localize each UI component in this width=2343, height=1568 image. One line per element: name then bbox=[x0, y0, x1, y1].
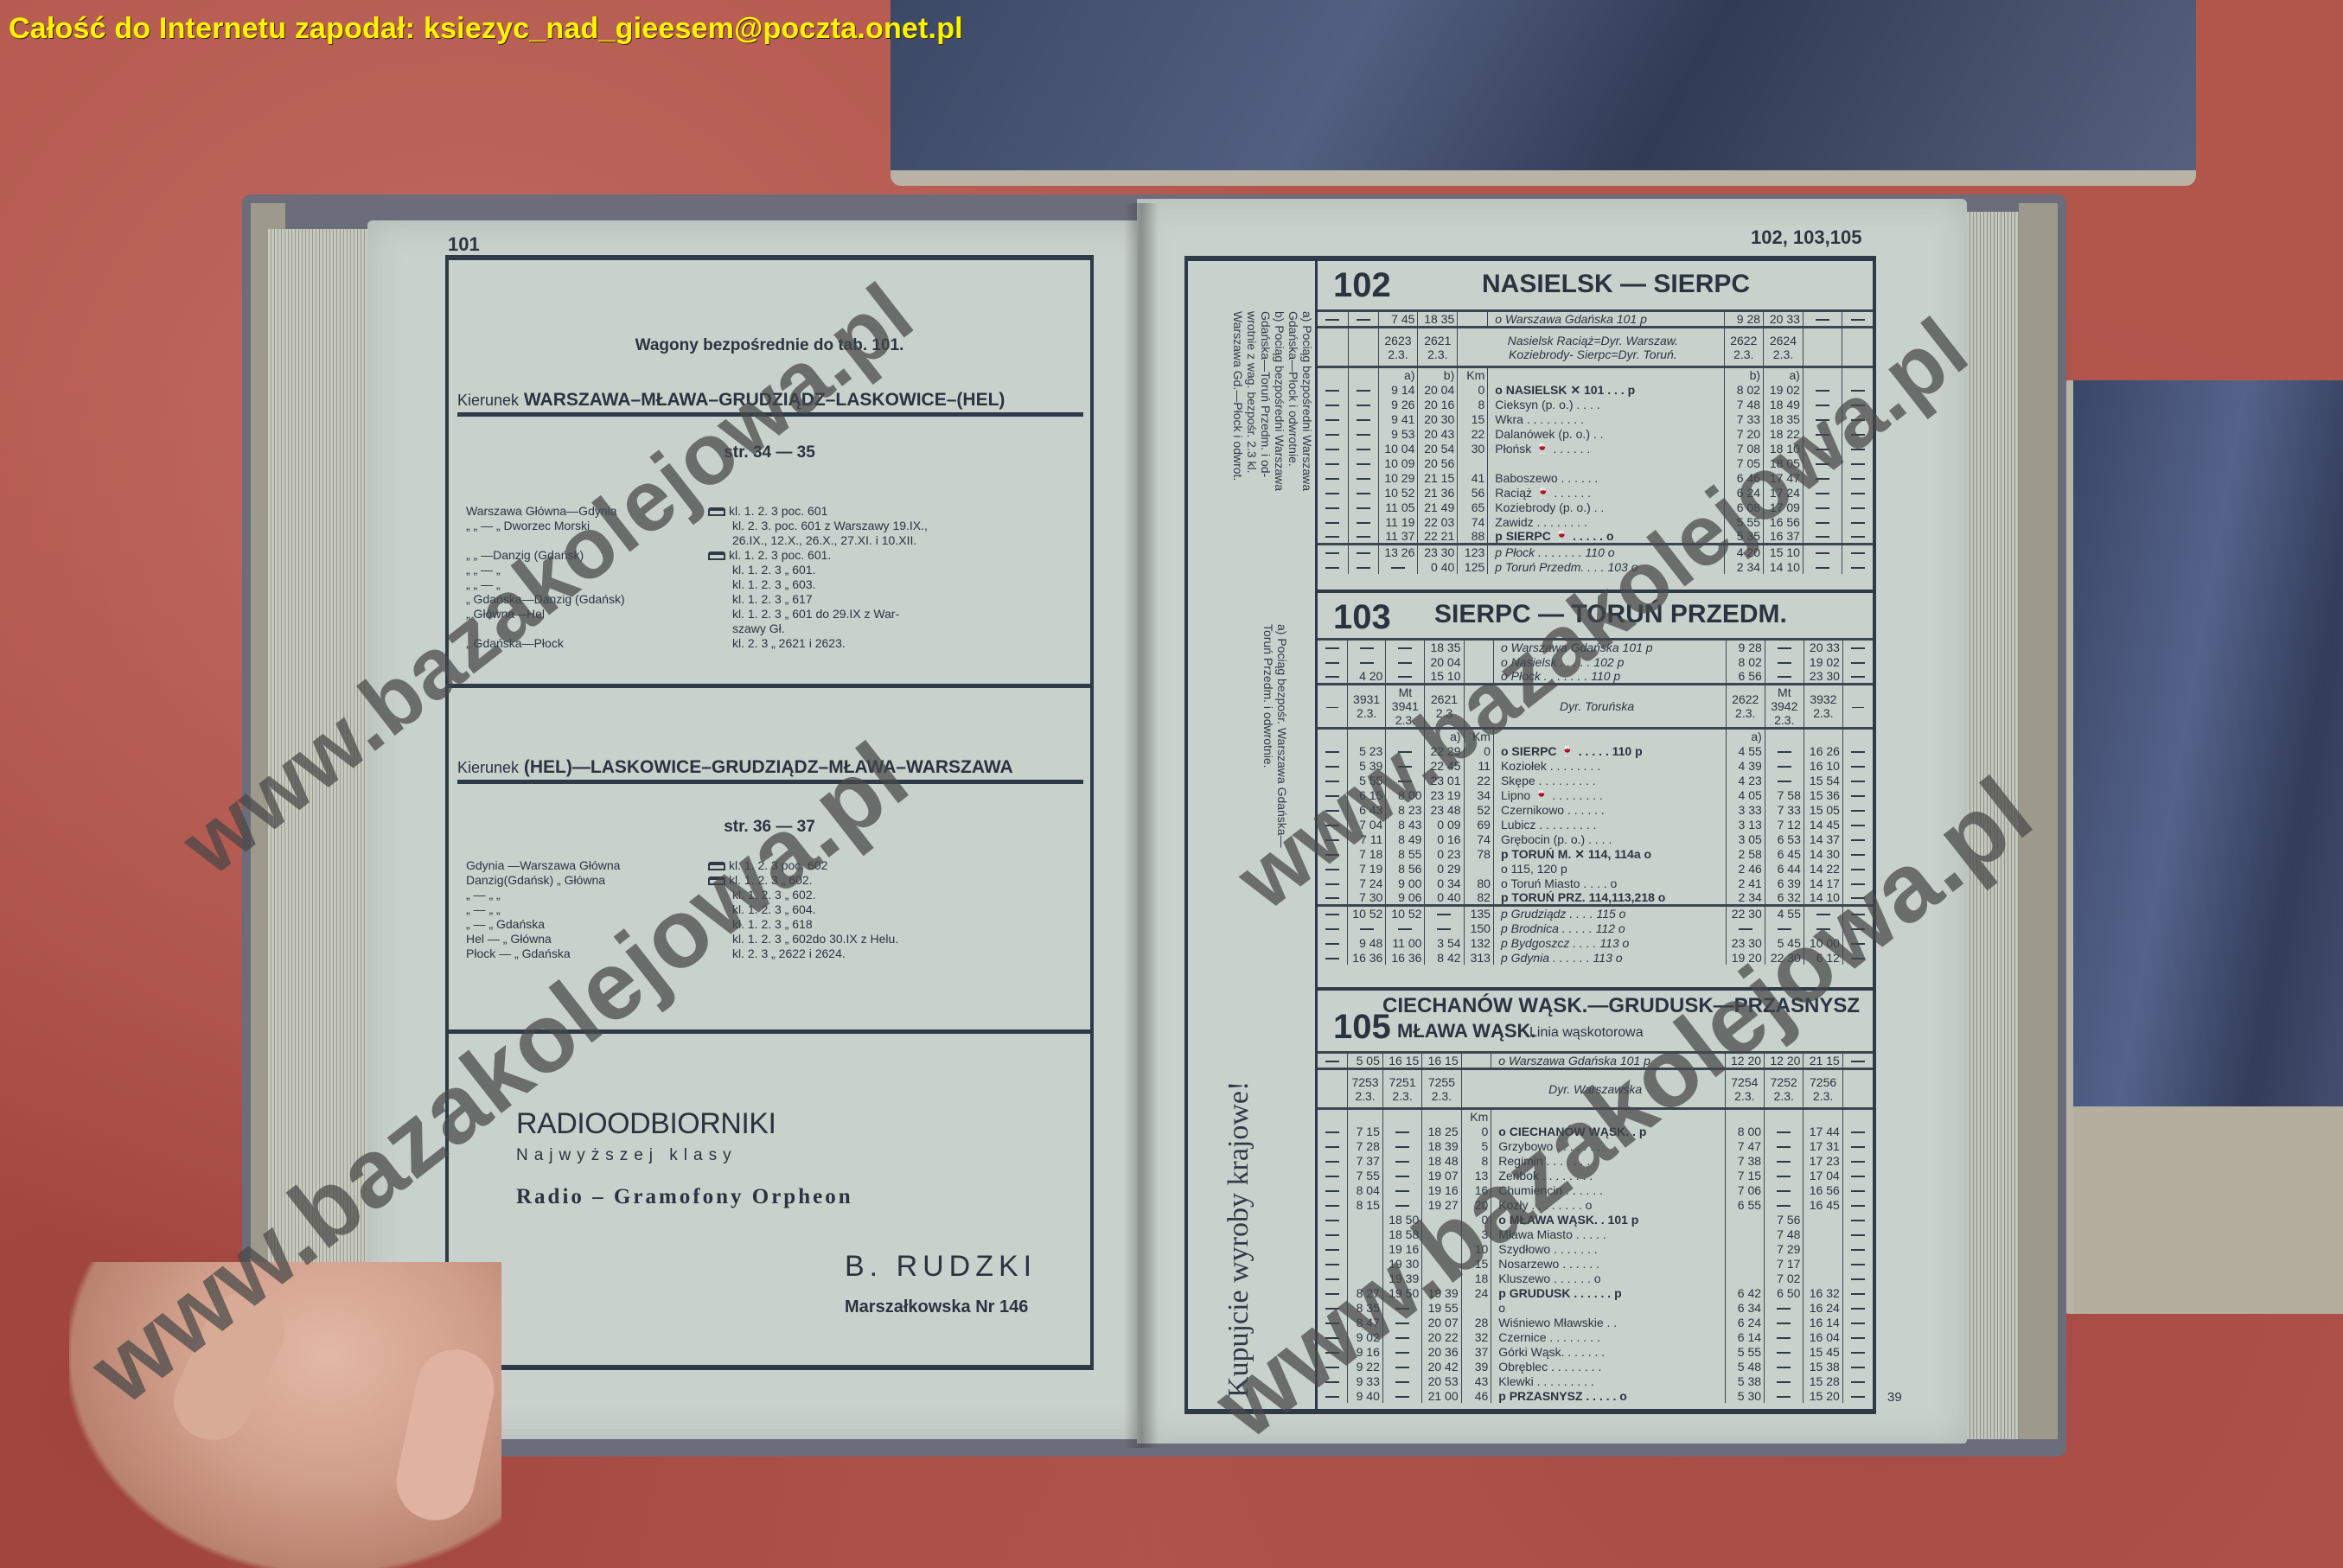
dash bbox=[1325, 1146, 1339, 1148]
time-cell bbox=[1842, 456, 1873, 470]
dash bbox=[1778, 647, 1791, 649]
time-cell bbox=[1842, 311, 1873, 328]
time-cell: 10 04 bbox=[1378, 441, 1418, 456]
time-cell bbox=[1842, 802, 1873, 817]
dash bbox=[1395, 1323, 1409, 1324]
station-cell: Zeńbok . . . . . . . . bbox=[1491, 1168, 1725, 1182]
time-cell: 20 42 bbox=[1422, 1359, 1461, 1374]
dash bbox=[1325, 1367, 1339, 1368]
station-cell: Lubicz . . . . . . . . . bbox=[1493, 817, 1726, 832]
dash bbox=[1325, 1249, 1339, 1251]
page-edges-right bbox=[1967, 212, 2019, 1439]
dash bbox=[1325, 1131, 1339, 1133]
time-cell: 5 23 bbox=[1347, 743, 1385, 758]
dash bbox=[1325, 463, 1339, 465]
km-cell: 20 bbox=[1461, 1197, 1491, 1212]
dash bbox=[1395, 1367, 1409, 1368]
dash bbox=[1357, 390, 1370, 392]
station-cell: Wiśniewo Mławskie . . bbox=[1491, 1315, 1725, 1329]
dash bbox=[1325, 522, 1339, 524]
dash bbox=[1851, 1396, 1865, 1398]
time-cell: 10 09 bbox=[1378, 456, 1418, 470]
coach-route: „ Gdańska—Danzig (Gdańsk) bbox=[466, 592, 625, 607]
table-row: 8 3519 55o6 3416 24 bbox=[1318, 1300, 1873, 1315]
table-row: 18 583Mława Miasto . . . . .7 48 bbox=[1318, 1227, 1873, 1241]
time-cell: b) bbox=[1418, 367, 1458, 383]
schedule-102: 7 4518 35o Warszawa Gdańska 101 p9 2820 … bbox=[1318, 309, 1873, 574]
time-cell bbox=[1842, 758, 1873, 773]
table-row: 9 1420 040o NASIELSK ✕ 101 . . . p8 0219… bbox=[1318, 382, 1873, 397]
table-row: 10 0920 567 0518 05 bbox=[1318, 456, 1873, 470]
km-cell bbox=[1458, 311, 1488, 328]
time-cell bbox=[1318, 817, 1347, 832]
dash bbox=[1325, 883, 1339, 885]
time-cell: 20 33 bbox=[1804, 640, 1842, 655]
time-cell: 16 36 bbox=[1386, 950, 1425, 965]
time-cell: 21 00 bbox=[1422, 1388, 1461, 1403]
dash bbox=[1816, 567, 1829, 569]
dash bbox=[1777, 1367, 1791, 1368]
time-cell bbox=[1803, 545, 1842, 560]
time-cell bbox=[1803, 382, 1842, 397]
dash bbox=[1325, 1234, 1339, 1236]
station-cell: p TORUŃ PRZ. 114,113,218 o bbox=[1493, 890, 1726, 906]
time-cell bbox=[1842, 426, 1873, 441]
km-cell: 123 bbox=[1458, 545, 1488, 560]
time-cell bbox=[1842, 1153, 1873, 1168]
time-cell bbox=[1803, 529, 1842, 545]
dash bbox=[1325, 390, 1339, 392]
time-cell bbox=[1318, 758, 1347, 773]
dash bbox=[1851, 1131, 1865, 1133]
table-row: Km bbox=[1318, 1109, 1873, 1125]
table-row: 7 198 560 29o 115, 120 p2 466 4414 22 bbox=[1318, 861, 1873, 876]
notes-row: a)Kma) bbox=[1318, 729, 1873, 744]
coach-route: Warszawa Główna—Gdynia bbox=[466, 504, 617, 519]
time-cell: 11 19 bbox=[1378, 514, 1418, 529]
time-cell: 16 04 bbox=[1804, 1329, 1842, 1344]
connection-row: 18 35o Warszawa Gdańska 101 p9 2820 33 bbox=[1318, 640, 1873, 655]
dash bbox=[1325, 854, 1339, 856]
station-cell: Chumiencin . . . . . . bbox=[1491, 1182, 1725, 1197]
time-cell: 21 49 bbox=[1418, 500, 1458, 514]
time-cell bbox=[1842, 1227, 1873, 1241]
km-cell: 30 bbox=[1458, 441, 1488, 456]
table-row: 9 0220 2232Czernice . . . . . . . .6 141… bbox=[1318, 1329, 1873, 1344]
coach-route: Hel — „ Główna bbox=[466, 932, 552, 947]
time-cell: 9 26 bbox=[1378, 397, 1418, 411]
time-cell: 7 04 bbox=[1347, 817, 1385, 832]
time-cell: 8 00 bbox=[1725, 1124, 1764, 1138]
time-cell: 6 42 bbox=[1725, 1285, 1764, 1300]
time-cell bbox=[1348, 1256, 1383, 1271]
time-cell bbox=[1804, 921, 1842, 935]
time-cell: 10 52 bbox=[1347, 906, 1385, 921]
time-cell: 2 58 bbox=[1726, 846, 1765, 861]
time-cell bbox=[1318, 1241, 1348, 1256]
connection-row: 9 4811 003 54132p Bydgoszcz . . . . 113 … bbox=[1318, 935, 1873, 950]
time-cell: 18 05 bbox=[1764, 456, 1804, 470]
time-cell bbox=[1318, 1300, 1348, 1315]
dash bbox=[1357, 434, 1370, 436]
connection-row: 0 40125p Toruń Przedm. . . . 103 o2 3414… bbox=[1318, 559, 1873, 574]
dash bbox=[1325, 1190, 1339, 1192]
train-number bbox=[1318, 1069, 1348, 1109]
time-cell: 22 29 bbox=[1425, 743, 1464, 758]
station-cell: p Płock . . . . . . . 110 o bbox=[1488, 545, 1724, 560]
time-cell: 16 15 bbox=[1382, 1053, 1421, 1069]
dash bbox=[1325, 1337, 1339, 1339]
station-cell: Płońsk 🍷 . . . . . . bbox=[1488, 441, 1724, 456]
coach-row: „ „ — „kl. 1. 2. 3 „ 603. bbox=[466, 577, 1082, 592]
time-cell bbox=[1803, 470, 1842, 485]
time-cell bbox=[1803, 311, 1842, 328]
time-cell bbox=[1842, 773, 1873, 787]
time-cell: 23 30 bbox=[1418, 545, 1458, 560]
schedule-105: 5 0516 1516 15o Warszawa Gdańska 101 p12… bbox=[1318, 1051, 1873, 1403]
time-cell: 16 45 bbox=[1804, 1197, 1842, 1212]
time-cell bbox=[1386, 758, 1425, 773]
dash bbox=[1851, 676, 1865, 678]
time-cell: 17 24 bbox=[1764, 485, 1804, 500]
time-cell bbox=[1842, 411, 1873, 426]
time-cell: 5 30 bbox=[1725, 1388, 1764, 1403]
train-number bbox=[1803, 328, 1842, 367]
dash bbox=[1325, 662, 1339, 664]
station-cell: Skępe . . . . . . . . . bbox=[1493, 773, 1726, 787]
km-cell bbox=[1458, 456, 1488, 470]
time-cell: 19 39 bbox=[1422, 1285, 1461, 1300]
train-number: — bbox=[1842, 685, 1873, 729]
dash bbox=[1325, 751, 1339, 753]
km-cell bbox=[1464, 640, 1493, 655]
train-number bbox=[1318, 328, 1348, 367]
time-cell bbox=[1318, 311, 1348, 328]
time-cell: 17 47 bbox=[1764, 470, 1804, 485]
time-cell: 9 14 bbox=[1378, 382, 1418, 397]
time-cell: 21 36 bbox=[1418, 485, 1458, 500]
time-cell: 7 55 bbox=[1348, 1168, 1383, 1182]
table-row: 6 438 2323 4852Czernikowo . . . . . .3 3… bbox=[1318, 802, 1873, 817]
dash bbox=[1816, 390, 1829, 392]
dash bbox=[1325, 839, 1339, 841]
km-cell: Km bbox=[1458, 367, 1488, 383]
station-cell: p TORUŃ M. ✕ 114, 114a o bbox=[1493, 846, 1726, 861]
time-cell: 20 43 bbox=[1418, 426, 1458, 441]
time-cell: 5 05 bbox=[1348, 1053, 1383, 1069]
coach-class: kl. 1. 2. 3 „ 603. bbox=[708, 577, 816, 592]
dash bbox=[1816, 463, 1829, 465]
table-title: SIERPC — TORUŃ PRZEDM. bbox=[1434, 600, 1787, 629]
time-cell bbox=[1318, 411, 1348, 426]
table-row: 6 158 0023 1934Lipno 🍷 . . . . . . . .4 … bbox=[1318, 787, 1873, 802]
km-cell: 80 bbox=[1464, 876, 1493, 890]
coach-class: kl. 1. 2. 3 poc. 602 bbox=[708, 858, 827, 873]
connection-row: 150p Brodnica . . . . . 112 o bbox=[1318, 921, 1873, 935]
table-title: CIECHANÓW WĄSK.—GRUDUSK—PRZASNYSZ bbox=[1382, 994, 1860, 1018]
time-cell bbox=[1318, 906, 1347, 921]
dash bbox=[1325, 1381, 1339, 1383]
time-cell bbox=[1765, 1168, 1804, 1182]
dash bbox=[1325, 434, 1339, 436]
station-cell: Dalanówek (p. o.) . . bbox=[1488, 426, 1724, 441]
dash bbox=[1778, 781, 1791, 782]
time-cell bbox=[1842, 669, 1873, 685]
time-cell bbox=[1318, 846, 1347, 861]
time-cell: 18 49 bbox=[1764, 397, 1804, 411]
time-cell bbox=[1765, 1344, 1804, 1359]
time-cell: 15 05 bbox=[1804, 802, 1842, 817]
time-cell: 7 18 bbox=[1347, 846, 1385, 861]
coach-route: „ „ — „ bbox=[466, 577, 501, 592]
time-cell: 10 52 bbox=[1386, 906, 1425, 921]
time-cell bbox=[1318, 921, 1347, 935]
time-cell bbox=[1842, 817, 1873, 832]
time-cell bbox=[1842, 1388, 1873, 1403]
time-cell: 5 38 bbox=[1725, 1374, 1764, 1388]
station-cell: Grzybowo . . . . . . . bbox=[1491, 1138, 1725, 1153]
time-cell: 19 20 bbox=[1726, 950, 1765, 965]
km-cell: 46 bbox=[1461, 1388, 1491, 1403]
time-cell: 7 30 bbox=[1347, 890, 1385, 906]
dash bbox=[1357, 552, 1370, 554]
dash bbox=[1851, 1061, 1865, 1062]
time-cell: 10 00 bbox=[1804, 935, 1842, 950]
time-cell bbox=[1765, 758, 1804, 773]
time-cell bbox=[1726, 921, 1765, 935]
time-cell bbox=[1842, 787, 1873, 802]
table-title: NASIELSK — SIERPC bbox=[1482, 270, 1750, 299]
dash bbox=[1325, 1176, 1339, 1177]
time-cell bbox=[1347, 640, 1385, 655]
time-cell: 6 46 bbox=[1724, 470, 1764, 485]
dash bbox=[1325, 647, 1339, 649]
closed-book-top bbox=[891, 0, 2196, 186]
timetable-103: 103 SIERPC — TORUŃ PRZEDM. 18 35o Warsza… bbox=[1318, 593, 1873, 991]
time-cell bbox=[1804, 906, 1842, 921]
dash bbox=[1357, 493, 1370, 494]
time-cell: 9 22 bbox=[1348, 1359, 1383, 1374]
time-cell bbox=[1803, 456, 1842, 470]
time-cell: 7 33 bbox=[1765, 802, 1804, 817]
time-cell: 7 12 bbox=[1765, 817, 1804, 832]
time-cell bbox=[1842, 382, 1873, 397]
coach-route: „ „ —Danzig (Gdańsk) bbox=[466, 548, 584, 563]
time-cell bbox=[1348, 529, 1378, 545]
dash bbox=[1777, 1161, 1791, 1163]
time-cell: 12 20 bbox=[1765, 1053, 1804, 1069]
coach-class: kl. 1. 2. 3 poc. 601. bbox=[708, 548, 831, 563]
time-cell bbox=[1804, 1212, 1842, 1227]
km-cell bbox=[1461, 1053, 1491, 1069]
dash bbox=[1391, 567, 1405, 569]
time-cell: 20 56 bbox=[1418, 456, 1458, 470]
dash bbox=[1357, 463, 1370, 465]
train-number: 2623 2.3. bbox=[1378, 328, 1418, 367]
time-cell: 7 08 bbox=[1724, 441, 1764, 456]
table-row: 5 3922 4511Koziołek . . . . . . . .4 391… bbox=[1318, 758, 1873, 773]
dash bbox=[1851, 647, 1865, 649]
time-cell bbox=[1765, 743, 1804, 758]
train-number-header: 7253 2.3.7251 2.3.7255 2.3.Dyr. Warszaws… bbox=[1318, 1069, 1873, 1109]
dash bbox=[1357, 319, 1370, 321]
time-cell: 6 44 bbox=[1765, 861, 1804, 876]
station-cell: o NASIELSK ✕ 101 . . . p bbox=[1488, 382, 1724, 397]
time-cell: 20 04 bbox=[1425, 654, 1464, 669]
train-number: 7255 2.3. bbox=[1422, 1069, 1461, 1109]
time-cell: 19 02 bbox=[1764, 382, 1804, 397]
time-cell: 16 15 bbox=[1422, 1053, 1461, 1069]
time-cell bbox=[1842, 743, 1873, 758]
time-cell: 6 43 bbox=[1347, 802, 1385, 817]
km-cell: 3 bbox=[1461, 1227, 1491, 1241]
station-cell: Koziebrody (p. o.) . . bbox=[1488, 500, 1724, 514]
dash bbox=[1437, 928, 1451, 930]
dash bbox=[1325, 1293, 1339, 1295]
km-cell: 11 bbox=[1464, 758, 1493, 773]
train-number: 7253 2.3. bbox=[1348, 1069, 1383, 1109]
dash bbox=[1398, 662, 1412, 664]
time-cell bbox=[1842, 1212, 1873, 1227]
time-cell bbox=[1318, 426, 1348, 441]
section-divider bbox=[449, 684, 1090, 688]
station-cell: Klewki . . . . . . . . . bbox=[1491, 1374, 1725, 1388]
time-cell bbox=[1318, 1344, 1348, 1359]
buy-domestic-slogan: Kupujcie wyroby krajowe! bbox=[1223, 983, 1255, 1398]
km-cell: 0 bbox=[1461, 1124, 1491, 1138]
dash bbox=[1851, 914, 1865, 915]
time-cell: 16 26 bbox=[1804, 743, 1842, 758]
dash bbox=[1851, 1161, 1865, 1163]
train-number-header: —3931 2.3.Mt 3941 2.3.2621 2.3Dyr. Toruń… bbox=[1318, 685, 1873, 729]
time-cell: 22 45 bbox=[1425, 758, 1464, 773]
table-row: 7 309 060 4082p TORUŃ PRZ. 114,113,218 o… bbox=[1318, 890, 1873, 906]
time-cell bbox=[1422, 1227, 1461, 1241]
time-cell: 20 07 bbox=[1422, 1315, 1461, 1329]
time-cell bbox=[1386, 669, 1425, 685]
time-cell bbox=[1348, 311, 1378, 328]
sleeper-car-icon bbox=[708, 551, 725, 560]
station-cell: Czernikowo . . . . . . bbox=[1493, 802, 1726, 817]
km-cell: 52 bbox=[1464, 802, 1493, 817]
time-cell: 16 36 bbox=[1347, 950, 1385, 965]
km-cell: 135 bbox=[1464, 906, 1493, 921]
km-cell: 22 bbox=[1464, 773, 1493, 787]
time-cell bbox=[1842, 514, 1873, 529]
dash bbox=[1851, 390, 1865, 392]
time-cell: 15 10 bbox=[1425, 669, 1464, 685]
time-cell bbox=[1842, 861, 1873, 876]
dash bbox=[1851, 1220, 1865, 1221]
time-cell bbox=[1318, 743, 1347, 758]
time-cell bbox=[1804, 1227, 1842, 1241]
note-102: a) Pociąg bezpośredni Warszawa Gdańska—P… bbox=[1231, 311, 1314, 596]
time-cell bbox=[1318, 1227, 1348, 1241]
time-cell: 18 48 bbox=[1422, 1153, 1461, 1168]
dash bbox=[1395, 1396, 1409, 1398]
time-cell bbox=[1422, 1256, 1461, 1271]
dash bbox=[1437, 914, 1451, 915]
table-row: 11 1922 0374Zawidz . . . . . . . .5 5516… bbox=[1318, 514, 1873, 529]
time-cell: 2 46 bbox=[1726, 861, 1765, 876]
time-cell bbox=[1348, 470, 1378, 485]
time-cell bbox=[1348, 456, 1378, 470]
coach-class: 26.IX., 12.X., 26.X., 27.XI. i 10.XII. bbox=[708, 533, 916, 548]
station-cell: o MŁAWA WĄSK. . 101 p bbox=[1491, 1212, 1725, 1227]
through-coaches-title: Wagony bezpośrednie do tab. 101. bbox=[449, 336, 1090, 355]
time-cell: 8 27 bbox=[1348, 1285, 1383, 1300]
time-cell: 8 23 bbox=[1386, 802, 1425, 817]
time-cell bbox=[1386, 654, 1425, 669]
dash bbox=[1851, 958, 1865, 959]
dash bbox=[1325, 1220, 1339, 1221]
time-cell: 15 36 bbox=[1804, 787, 1842, 802]
dash bbox=[1777, 1396, 1791, 1398]
time-cell bbox=[1765, 654, 1804, 669]
coach-route: „ Główna—Hel bbox=[466, 607, 545, 621]
time-cell bbox=[1348, 500, 1378, 514]
dash bbox=[1851, 536, 1865, 538]
table-row: 9 3320 5343Klewki . . . . . . . . .5 381… bbox=[1318, 1374, 1873, 1388]
station-cell: p Gdynia . . . . . . 113 o bbox=[1493, 950, 1726, 965]
time-cell: 18 35 bbox=[1425, 640, 1464, 655]
station-cell: o Warszawa Gdańska 101 p bbox=[1493, 640, 1726, 655]
dash bbox=[1816, 522, 1829, 524]
time-cell bbox=[1318, 367, 1348, 383]
dash bbox=[1816, 419, 1829, 421]
table-number: 103 bbox=[1333, 598, 1391, 637]
time-cell bbox=[1842, 1168, 1873, 1182]
time-cell bbox=[1318, 861, 1347, 876]
time-cell bbox=[1803, 367, 1842, 383]
table-row: 10 0420 5430Płońsk 🍷 . . . . . .7 0818 1… bbox=[1318, 441, 1873, 456]
time-cell: 6 24 bbox=[1724, 485, 1764, 500]
time-cell bbox=[1842, 950, 1873, 965]
train-number: 7256 2.3. bbox=[1804, 1069, 1842, 1109]
km-cell: 132 bbox=[1464, 935, 1493, 950]
train-number: 3931 2.3. bbox=[1347, 685, 1385, 729]
time-cell bbox=[1318, 950, 1347, 965]
km-cell: 15 bbox=[1458, 411, 1488, 426]
dash bbox=[1777, 1323, 1791, 1324]
time-cell: 7 28 bbox=[1348, 1138, 1383, 1153]
time-cell: 8 47 bbox=[1348, 1315, 1383, 1329]
time-cell bbox=[1382, 1329, 1421, 1344]
dash bbox=[1395, 1308, 1409, 1310]
time-cell: 5 45 bbox=[1765, 935, 1804, 950]
time-cell: 20 04 bbox=[1418, 382, 1458, 397]
dash bbox=[1816, 914, 1830, 915]
connection-row: 10 5210 52135p Grudziądz . . . . 115 o22… bbox=[1318, 906, 1873, 921]
km-cell: 74 bbox=[1458, 514, 1488, 529]
train-number: 7251 2.3. bbox=[1382, 1069, 1421, 1109]
time-cell bbox=[1382, 1359, 1421, 1374]
time-cell bbox=[1382, 1300, 1421, 1315]
time-cell bbox=[1318, 441, 1348, 456]
time-cell: 2 34 bbox=[1726, 890, 1765, 906]
dash bbox=[1325, 943, 1339, 945]
km-cell: 74 bbox=[1464, 832, 1493, 846]
dash bbox=[1325, 419, 1339, 421]
time-cell bbox=[1318, 485, 1348, 500]
km-cell: Km bbox=[1461, 1109, 1491, 1125]
time-cell bbox=[1318, 382, 1348, 397]
time-cell bbox=[1842, 1359, 1873, 1374]
time-cell bbox=[1842, 1109, 1873, 1125]
station-cell: Koziołek . . . . . . . . bbox=[1493, 758, 1726, 773]
time-cell bbox=[1318, 1315, 1348, 1329]
station-cell: o Nasielsk . . . . . 102 p bbox=[1493, 654, 1726, 669]
